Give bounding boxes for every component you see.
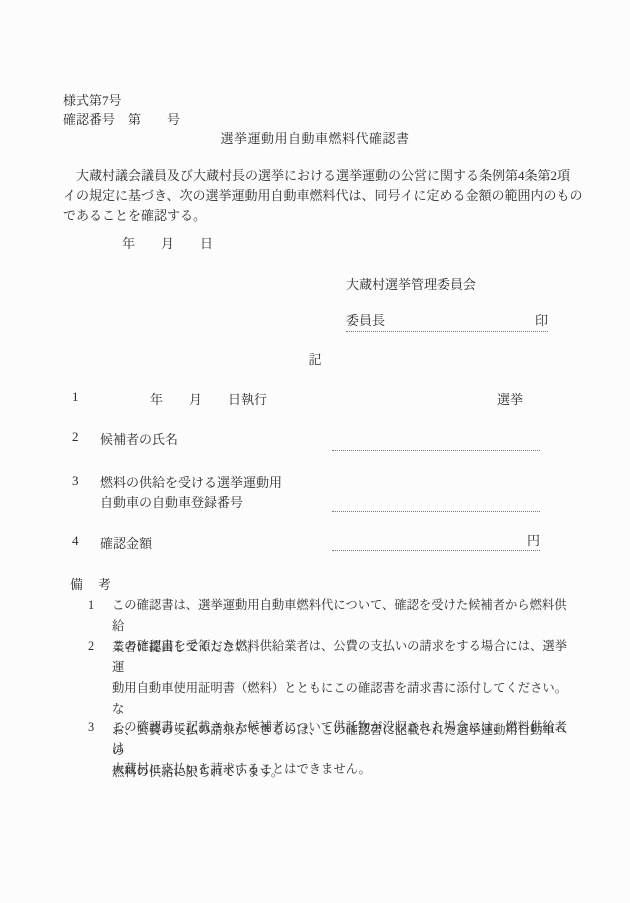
candidate-name-dotted-line [332, 450, 540, 451]
page-title: 選挙運動用自動車燃料代確認書 [0, 128, 630, 147]
record-heading: 記 [0, 349, 630, 368]
record-item4-number: 4 [72, 533, 79, 549]
amount-dotted-line: 円 [332, 533, 540, 551]
yen-unit-label: 円 [527, 533, 540, 548]
record-item3-number: 3 [72, 473, 79, 489]
form-number: 様式第7号 [63, 90, 122, 109]
seal-label: 印 [535, 311, 548, 331]
record-item1-number: 1 [72, 389, 79, 405]
document-page: 様式第7号 確認番号 第 号 選挙運動用自動車燃料代確認書 大蔵村議会議員及び大… [0, 0, 630, 903]
record-item1-election-suffix: 選挙 [497, 389, 523, 408]
preamble-paragraph: 大蔵村議会議員及び大蔵村長の選挙における選挙運動の公営に関する条例第4条第2項 … [63, 166, 591, 226]
record-item1-election-date-blank: 年 月 日執行 [150, 389, 267, 408]
record-item2-number: 2 [72, 429, 79, 445]
record-item4-amount-label: 確認金額 [100, 533, 152, 552]
chairman-signature-line: 委員長 印 [346, 310, 548, 332]
committee-name: 大蔵村選挙管理委員会 [346, 274, 476, 293]
date-blank-field: 年 月 日 [122, 233, 213, 252]
vehicle-registration-dotted-line [332, 511, 540, 512]
chairman-label: 委員長 [346, 311, 385, 331]
remark3-number: 3 [88, 717, 112, 780]
remark3-text: この確認書に記載された候補者について供託物が没収された場合には、燃料供給者は 大… [112, 717, 576, 780]
record-item2-candidate-name-label: 候補者の氏名 [100, 429, 178, 448]
confirmation-number-field: 確認番号 第 号 [63, 109, 180, 128]
record-item3-vehicle-registration-label: 燃料の供給を受ける選挙運動用 自動車の自動車登録番号 [100, 473, 282, 513]
remark-item-3: 3 この確認書に記載された候補者について供託物が没収された場合には、燃料供給者は… [88, 717, 576, 780]
remarks-heading: 備 考 [70, 574, 112, 593]
